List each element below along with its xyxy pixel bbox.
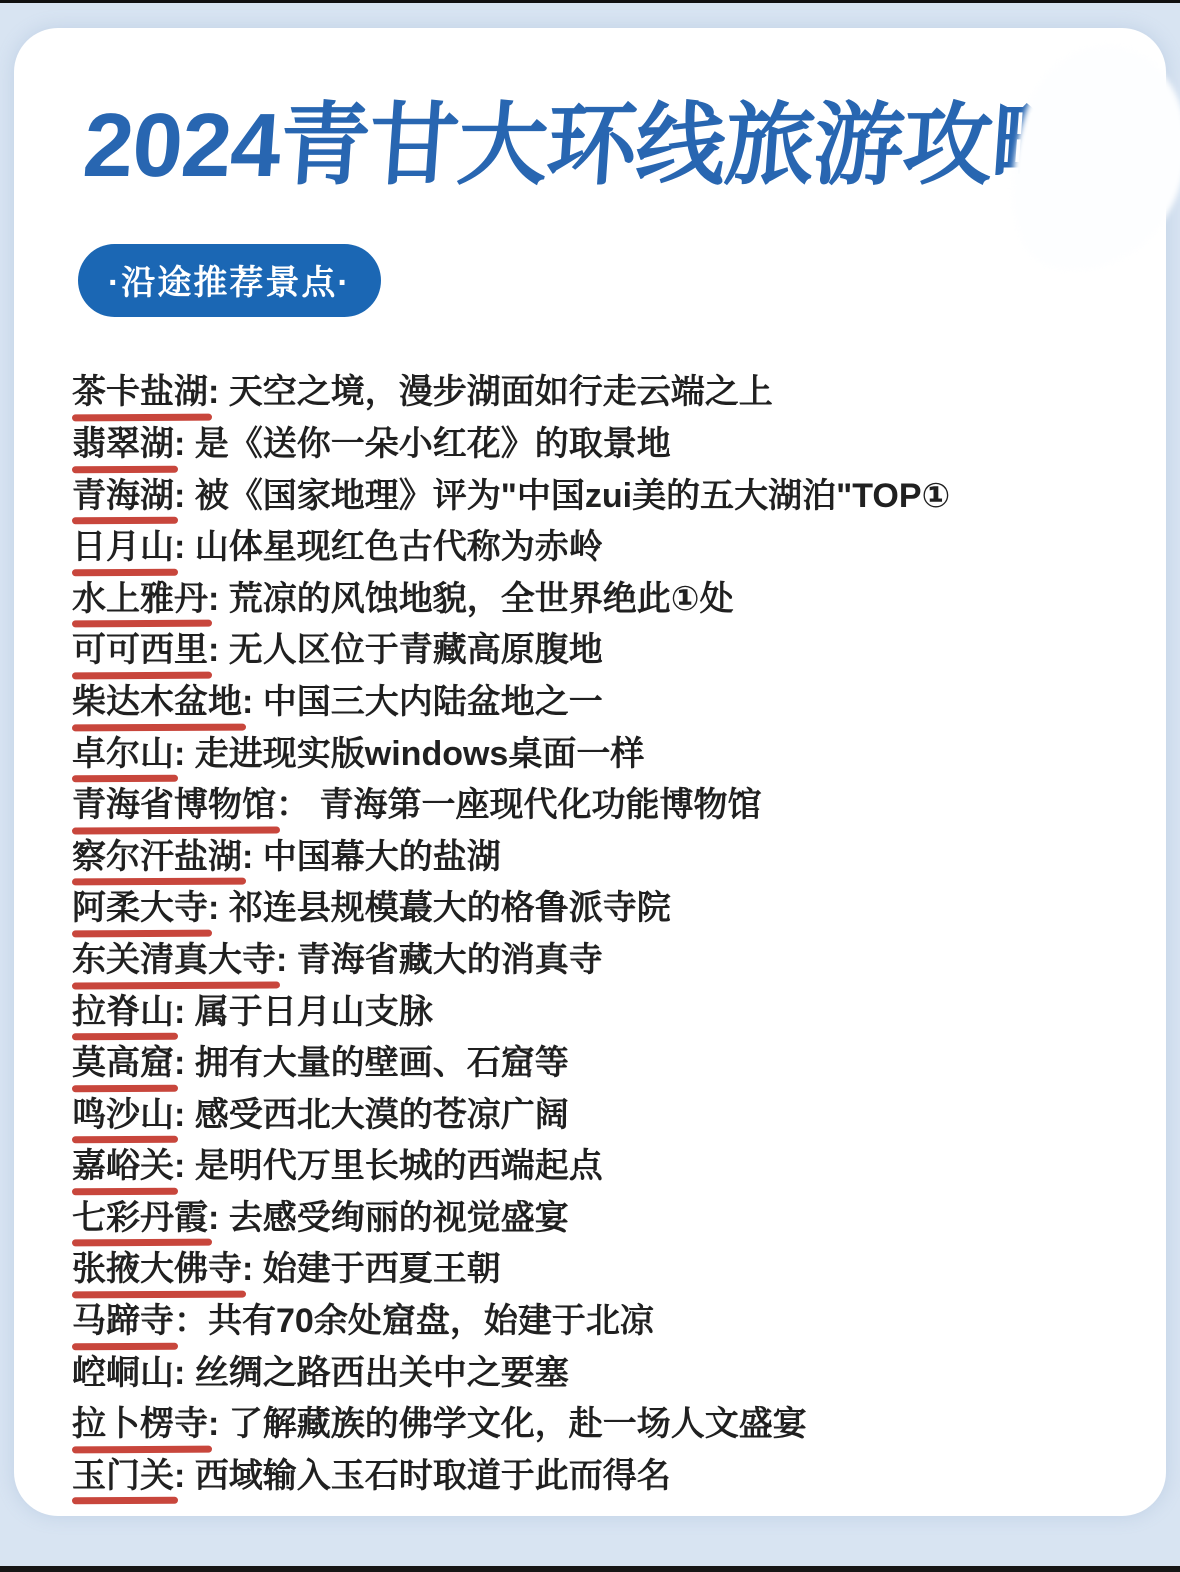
attraction-name: 七彩丹霞	[72, 1193, 208, 1245]
attraction-description: 祁连县规模蕞大的格鲁派寺院	[229, 889, 671, 927]
colon-separator: :	[208, 889, 229, 927]
attraction-item: 崆峒山: 丝绸之路西出关中之要塞	[72, 1348, 1130, 1400]
attraction-description: 走进现实版windows桌面一样	[195, 735, 645, 773]
colon-separator: :	[174, 735, 195, 773]
attraction-description: 始建于西夏王朝	[263, 1250, 501, 1288]
colon-separator: :	[174, 1147, 195, 1185]
attraction-description: 中国三大内陆盆地之一	[263, 683, 603, 721]
attraction-item: 莫高窟: 拥有大量的壁画、石窟等	[72, 1038, 1130, 1090]
attraction-description: 青海省藏大的消真寺	[297, 941, 603, 979]
attraction-item: 拉脊山: 属于日月山支脉	[72, 987, 1130, 1039]
attraction-item: 柴达木盆地: 中国三大内陆盆地之一	[72, 677, 1130, 729]
attraction-description: 是明代万里长城的西端起点	[195, 1147, 603, 1185]
attraction-name: 可可西里	[72, 625, 208, 677]
colon-separator: :	[174, 993, 195, 1031]
colon-separator: :	[242, 1250, 263, 1288]
attraction-item: 茶卡盐湖: 天空之境，漫步湖面如行走云端之上	[72, 367, 1130, 419]
attraction-description: 西域输入玉石时取道于此而得名	[195, 1457, 671, 1495]
attraction-list: 茶卡盐湖: 天空之境，漫步湖面如行走云端之上翡翠湖: 是《送你一朵小红花》的取景…	[14, 367, 1166, 1502]
attraction-item: 嘉峪关: 是明代万里长城的西端起点	[72, 1141, 1130, 1193]
attraction-name: 拉卜楞寺	[72, 1399, 208, 1451]
attraction-item: 日月山: 山体星现红色古代称为赤岭	[72, 522, 1130, 574]
attraction-description: 天空之境，漫步湖面如行走云端之上	[229, 373, 773, 411]
attraction-description: 中国幕大的盐湖	[263, 838, 501, 876]
top-edge-line	[0, 0, 1180, 3]
attraction-name: 玉门关	[72, 1451, 174, 1503]
attraction-description: 青海第一座现代化功能博物馆	[319, 786, 761, 824]
attraction-description: 共有70余处窟盘，始建于北凉	[208, 1302, 654, 1340]
attraction-name: 水上雅丹	[72, 574, 208, 626]
colon-separator: :	[242, 683, 263, 721]
attraction-name: 东关清真大寺	[72, 935, 276, 987]
page-title: 2024青甘大环线旅游攻略	[14, 28, 1178, 198]
attraction-description: 丝绸之路西出关中之要塞	[195, 1354, 569, 1392]
attraction-item: 马蹄寺：共有70余处窟盘，始建于北凉	[72, 1296, 1130, 1348]
attraction-name: 日月山	[72, 522, 174, 574]
attraction-name: 察尔汗盐湖	[72, 832, 242, 884]
attraction-name: 莫高窟	[72, 1038, 174, 1090]
attraction-item: 鸣沙山: 感受西北大漠的苍凉广阔	[72, 1090, 1130, 1142]
attraction-description: 被《国家地理》评为"中国zui美的五大湖泊"TOP①	[195, 477, 951, 515]
colon-separator: :	[174, 425, 195, 463]
attraction-description: 无人区位于青藏高原腹地	[229, 631, 603, 669]
attraction-name: 青海省博物馆	[72, 780, 276, 832]
colon-separator: :	[208, 631, 229, 669]
attraction-description: 是《送你一朵小红花》的取景地	[195, 425, 671, 463]
attraction-name: 鸣沙山	[72, 1090, 174, 1142]
colon-separator: ：	[174, 1302, 208, 1340]
attraction-item: 青海湖: 被《国家地理》评为"中国zui美的五大湖泊"TOP①	[72, 471, 1130, 523]
colon-separator: :	[208, 580, 229, 618]
section-badge: ·沿途推荐景点·	[78, 244, 381, 317]
bottom-edge-line	[0, 1566, 1180, 1572]
colon-separator: :	[174, 477, 195, 515]
attraction-item: 翡翠湖: 是《送你一朵小红花》的取景地	[72, 419, 1130, 471]
attraction-name: 阿柔大寺	[72, 883, 208, 935]
attraction-item: 水上雅丹: 荒凉的风蚀地貌，全世界绝此①处	[72, 574, 1130, 626]
attraction-item: 拉卜楞寺: 了解藏族的佛学文化，赴一场人文盛宴	[72, 1399, 1130, 1451]
colon-separator: :	[242, 838, 263, 876]
attraction-description: 荒凉的风蚀地貌，全世界绝此①处	[229, 580, 734, 618]
attraction-item: 青海省博物馆： 青海第一座现代化功能博物馆	[72, 780, 1130, 832]
attraction-description: 属于日月山支脉	[195, 993, 433, 1031]
attraction-item: 张掖大佛寺: 始建于西夏王朝	[72, 1244, 1130, 1296]
colon-separator: :	[208, 373, 229, 411]
attraction-name: 翡翠湖	[72, 419, 174, 471]
attraction-description: 感受西北大漠的苍凉广阔	[195, 1096, 569, 1134]
attraction-name: 嘉峪关	[72, 1141, 174, 1193]
attraction-item: 阿柔大寺: 祁连县规模蕞大的格鲁派寺院	[72, 883, 1130, 935]
attraction-description: 拥有大量的壁画、石窟等	[195, 1044, 569, 1082]
attraction-item: 卓尔山: 走进现实版windows桌面一样	[72, 729, 1130, 781]
attraction-item: 七彩丹霞: 去感受绚丽的视觉盛宴	[72, 1193, 1130, 1245]
attraction-name: 柴达木盆地	[72, 677, 242, 729]
attraction-name: 马蹄寺	[72, 1296, 174, 1348]
attraction-description: 山体星现红色古代称为赤岭	[195, 528, 603, 566]
colon-separator: :	[208, 1405, 229, 1443]
attraction-description: 去感受绚丽的视觉盛宴	[229, 1199, 569, 1237]
attraction-name: 拉脊山	[72, 987, 174, 1039]
attraction-item: 察尔汗盐湖: 中国幕大的盐湖	[72, 832, 1130, 884]
colon-separator: :	[174, 1457, 195, 1495]
attraction-name: 卓尔山	[72, 729, 174, 781]
attraction-item: 可可西里: 无人区位于青藏高原腹地	[72, 625, 1130, 677]
attraction-item: 玉门关: 西域输入玉石时取道于此而得名	[72, 1451, 1130, 1503]
attraction-name: 崆峒山	[72, 1348, 174, 1400]
attraction-name: 青海湖	[72, 471, 174, 523]
colon-separator: :	[174, 1044, 195, 1082]
attraction-name: 张掖大佛寺	[72, 1244, 242, 1296]
attraction-description: 了解藏族的佛学文化，赴一场人文盛宴	[229, 1405, 807, 1443]
attraction-item: 东关清真大寺: 青海省藏大的消真寺	[72, 935, 1130, 987]
colon-separator: ：	[276, 786, 319, 824]
colon-separator: :	[208, 1199, 229, 1237]
travel-guide-card: 2024青甘大环线旅游攻略 ·沿途推荐景点· 茶卡盐湖: 天空之境，漫步湖面如行…	[14, 28, 1166, 1516]
colon-separator: :	[174, 1354, 195, 1392]
colon-separator: :	[174, 528, 195, 566]
attraction-name: 茶卡盐湖	[72, 367, 208, 419]
colon-separator: :	[174, 1096, 195, 1134]
colon-separator: :	[276, 941, 297, 979]
